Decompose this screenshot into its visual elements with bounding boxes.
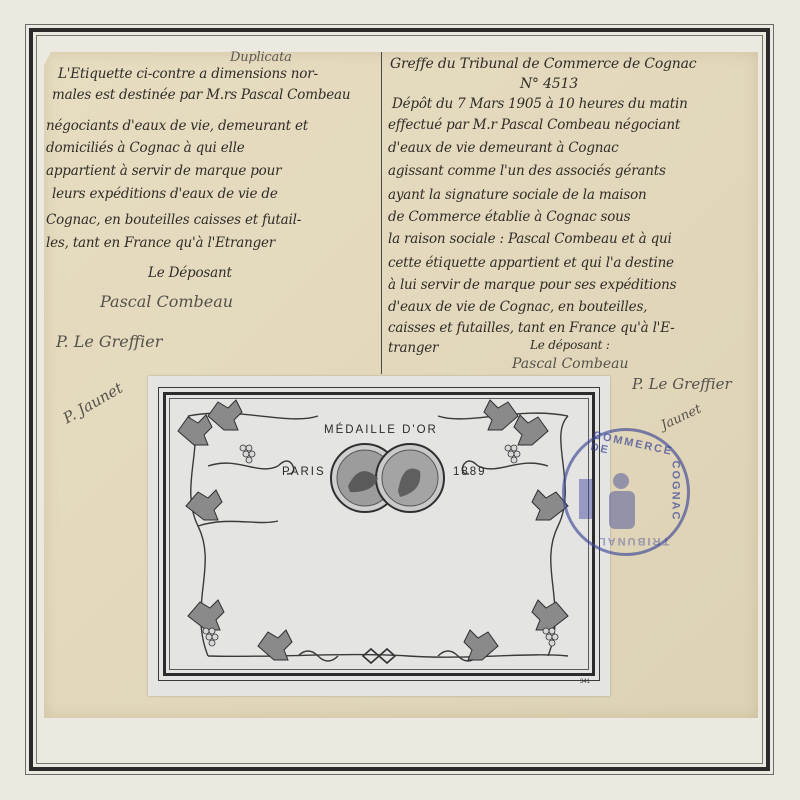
right-line-6: de Commerce établie à Cognac sous: [388, 209, 630, 225]
medal-title: MÉDAILLE D'OR: [324, 424, 438, 436]
right-line-10: d'eaux de vie de Cognac, en bouteilles,: [388, 299, 647, 315]
stamp-emblem-icon: [565, 431, 687, 553]
left-line-6: leurs expéditions d'eaux de vie de: [52, 186, 278, 202]
right-line-8: cette étiquette appartient et qui l'a de…: [388, 255, 674, 271]
left-line-7: Cognac, en bouteilles caisses et futail-: [46, 212, 301, 228]
right-closing: Le déposant :: [530, 338, 610, 352]
cognac-label-card: MÉDAILLE D'OR PARIS 1889 341: [148, 376, 610, 696]
left-line-2: males est destinée par M.rs Pascal Combe…: [52, 87, 350, 103]
right-line-3: d'eaux de vie demeurant à Cognac: [388, 140, 619, 156]
label-year: 1889: [453, 466, 487, 478]
left-line-1: L'Etiquette ci-contre a dimensions nor-: [58, 66, 318, 82]
left-deposant-signature: Pascal Combeau: [100, 292, 233, 311]
right-line-12: tranger: [388, 340, 438, 356]
column-divider: [381, 52, 382, 374]
right-line-11: caisses et futailles, tant en France qu'…: [388, 320, 674, 336]
right-line-4: agissant comme l'un des associés gérants: [388, 163, 666, 179]
right-line-9: à lui servir de marque pour ses expéditi…: [388, 277, 676, 293]
right-line-1: Dépôt du 7 Mars 1905 à 10 heures du mati…: [392, 96, 688, 112]
left-line-8: les, tant en France qu'à l'Etranger: [46, 235, 275, 251]
catalog-mark: 341: [580, 679, 590, 685]
right-deposant-signature: Pascal Combeau: [512, 356, 628, 372]
registry-number: N° 4513: [520, 76, 578, 92]
tribunal-stamp: COMMERCE DE COGNAC TRIBUNAL: [562, 428, 690, 556]
left-closing: Le Déposant: [148, 265, 232, 281]
label-city: PARIS: [282, 466, 326, 478]
left-line-4: domiciliés à Cognac à qui elle: [46, 140, 245, 156]
left-line-5: appartient à servir de marque pour: [46, 163, 281, 179]
gold-medal-icon: [331, 444, 444, 512]
right-line-5: ayant la signature sociale de la maison: [388, 187, 647, 203]
right-line-2: effectué par M.r Pascal Combeau négocian…: [388, 117, 680, 133]
registry-heading: Greffe du Tribunal de Commerce de Cognac: [390, 56, 696, 72]
right-greffier-signature: P. Le Greffier: [632, 375, 732, 393]
left-greffier-signature: P. Le Greffier: [56, 332, 162, 351]
duplicata-annotation: Duplicata: [230, 50, 292, 65]
right-line-7: la raison sociale : Pascal Combeau et à …: [388, 231, 672, 247]
left-line-3: négociants d'eaux de vie, demeurant et: [46, 118, 308, 134]
